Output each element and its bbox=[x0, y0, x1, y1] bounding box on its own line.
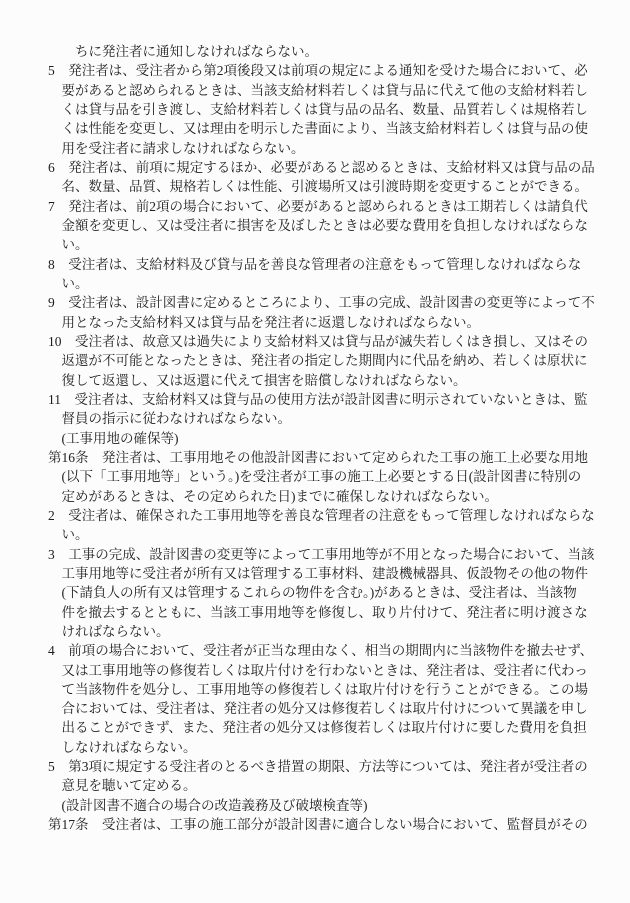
clause-number: 11 bbox=[48, 392, 75, 407]
document-line: しなければならない。 bbox=[48, 738, 589, 757]
clause-number: 7 bbox=[48, 199, 68, 214]
document-line: 7発注者は、前2項の場合において、必要があると認められるときは工期若しくは請負代 bbox=[48, 197, 589, 216]
document-line: 11受注者は、支給材料又は貸与品の使用方法が設計図書に明示されていないときは、監 bbox=[48, 390, 589, 409]
clause-text: 名、数量、品質、規格若しくは性能、引渡場所又は引渡時期を変更することができる。 bbox=[62, 179, 589, 194]
clause-text: 又は工事用地等の修復若しくは取片付けを行わないときは、発注者は、受注者に代わっ bbox=[62, 663, 588, 678]
clause-number: 4 bbox=[48, 643, 68, 658]
clause-text: 出ることができず、また、発注者の処分又は修復若しくは取片付けに要した費用を負担 bbox=[62, 720, 587, 735]
clause-text: (工事用地の確保等) bbox=[62, 431, 179, 446]
document-line: 5第3項に規定する受注者のとるべき措置の期限、方法等については、発注者が受注者の bbox=[48, 757, 589, 776]
clause-text: 用を受注者に請求しなければならない。 bbox=[62, 141, 305, 156]
clause-number: 2 bbox=[48, 508, 68, 523]
clause-text: 金額を変更し、又は受注者に損害を及ぼしたときは必要な費用を負担しなければならな bbox=[62, 218, 589, 233]
clause-text: 工事用地等に受注者が所有又は管理する工事材料、建設機械器具、仮設物その他の物件 bbox=[62, 566, 589, 581]
document-line: ちに発注者に通知しなければならない。 bbox=[48, 42, 589, 61]
clause-text: 返還が不可能となったときは、発注者の指定した期間内に代品を納め、若しくは原状に bbox=[62, 353, 588, 368]
document-line: い。 bbox=[48, 235, 589, 254]
document-line: 定めがあるときは、その定められた日)までに確保しなければならない。 bbox=[48, 487, 589, 506]
clause-number: 10 bbox=[48, 334, 75, 349]
clause-number: 6 bbox=[48, 160, 68, 175]
document-line: 第17条受注者は、工事の施工部分が設計図書に適合しない場合において、監督員がその bbox=[48, 815, 589, 834]
document-page: ちに発注者に通知しなければならない。5発注者は、受注者から第2項後段又は前項の規… bbox=[0, 0, 630, 903]
document-line: 又は工事用地等の修復若しくは取片付けを行わないときは、発注者は、受注者に代わっ bbox=[48, 661, 589, 680]
document-line: 用を受注者に請求しなければならない。 bbox=[48, 139, 589, 158]
clause-text: 第3項に規定する受注者のとるべき措置の期限、方法等については、発注者が受注者の bbox=[68, 759, 587, 774]
clause-text: 発注者は、前2項の場合において、必要があると認められるときは工期若しくは請負代 bbox=[68, 199, 587, 214]
document-line: 出ることができず、また、発注者の処分又は修復若しくは取片付けに要した費用を負担 bbox=[48, 718, 589, 737]
document-line: ければならない。 bbox=[48, 622, 589, 641]
clause-text: (下請負人の所有又は管理するこれらの物件を含む。)があるときは、受注者は、当該物 bbox=[62, 585, 577, 600]
document-line: 5発注者は、受注者から第2項後段又は前項の規定による通知を受けた場合において、必 bbox=[48, 61, 589, 80]
document-line: くは貸与品を引き渡し、支給材料若しくは貸与品の品名、数量、品質若しくは規格若し bbox=[48, 100, 589, 119]
clause-text: 督員の指示に従わなければならない。 bbox=[62, 411, 292, 426]
document-line: て当該物件を処分し、工事用地等の修復若しくは取片付けを行うことができる。この場 bbox=[48, 680, 589, 699]
clause-text: い。 bbox=[62, 237, 89, 252]
document-line: 用となった支給材料又は貸与品を発注者に返還しなければならない。 bbox=[48, 313, 589, 332]
document-line: 第16条発注者は、工事用地その他設計図書において定められた工事の施工上必要な用地 bbox=[48, 448, 589, 467]
document-line: (下請負人の所有又は管理するこれらの物件を含む。)があるときは、受注者は、当該物 bbox=[48, 583, 589, 602]
clause-text: 発注者は、工事用地その他設計図書において定められた工事の施工上必要な用地 bbox=[102, 450, 588, 465]
clause-number: 5 bbox=[48, 63, 68, 78]
clause-text: くは性能を変更し、又は理由を明示した書面により、当該支給材料若しくは貸与品の使 bbox=[62, 121, 589, 136]
clause-text: 復して返還し、又は返還に代えて損害を賠償しなければならない。 bbox=[62, 373, 467, 388]
clause-text: 受注者は、支給材料又は貸与品の使用方法が設計図書に明示されていないときは、監 bbox=[75, 392, 588, 407]
clause-number: 3 bbox=[48, 547, 68, 562]
clause-text: て当該物件を処分し、工事用地等の修復若しくは取片付けを行うことができる。この場 bbox=[62, 682, 589, 697]
clause-text: 意見を聴いて定める。 bbox=[62, 778, 197, 793]
document-line: 意見を聴いて定める。 bbox=[48, 776, 589, 795]
document-line: (以下「工事用地等」という。)を受注者が工事の施工上必要とする日(設計図書に特別… bbox=[48, 467, 589, 486]
clause-text: (設計図書不適合の場合の改造義務及び破壊検査等) bbox=[62, 798, 368, 813]
document-line: 3工事の完成、設計図書の変更等によって工事用地等が不用となった場合において、当該 bbox=[48, 545, 589, 564]
clause-text: い。 bbox=[62, 276, 89, 291]
document-line: 9受注者は、設計図書に定めるところにより、工事の完成、設計図書の変更等によって不 bbox=[48, 293, 589, 312]
clause-number: 9 bbox=[48, 295, 68, 310]
clause-number: 第17条 bbox=[48, 817, 102, 832]
document-line: い。 bbox=[48, 525, 589, 544]
document-line: 要があると認められるときは、当該支給材料若しくは貸与品に代えて他の支給材料若し bbox=[48, 81, 589, 100]
clause-text: 定めがあるときは、その定められた日)までに確保しなければならない。 bbox=[62, 489, 499, 504]
clause-number: 5 bbox=[48, 759, 68, 774]
document-line: 返還が不可能となったときは、発注者の指定した期間内に代品を納め、若しくは原状に bbox=[48, 351, 589, 370]
document-line: 件を撤去するとともに、当該工事用地等を修復し、取り片付けて、発注者に明け渡さな bbox=[48, 603, 589, 622]
document-line: (設計図書不適合の場合の改造義務及び破壊検査等) bbox=[48, 796, 589, 815]
document-line: 合においては、受注者は、発注者の処分又は修復若しくは取片付けについて異議を申し bbox=[48, 699, 589, 718]
document-line: 10受注者は、故意又は過失により支給材料又は貸与品が滅失若しくはき損し、又はその bbox=[48, 332, 589, 351]
clause-text: 前項の場合において、受注者が正当な理由なく、相当の期間内に当該物件を撤去せず、 bbox=[68, 643, 593, 658]
clause-text: しなければならない。 bbox=[62, 740, 197, 755]
document-line: (工事用地の確保等) bbox=[48, 429, 589, 448]
document-line: 4前項の場合において、受注者が正当な理由なく、相当の期間内に当該物件を撤去せず、 bbox=[48, 641, 589, 660]
clause-text: い。 bbox=[62, 527, 89, 542]
document-line: 名、数量、品質、規格若しくは性能、引渡場所又は引渡時期を変更することができる。 bbox=[48, 177, 589, 196]
clause-text: 受注者は、設計図書に定めるところにより、工事の完成、設計図書の変更等によって不 bbox=[68, 295, 595, 310]
document-line: 金額を変更し、又は受注者に損害を及ぼしたときは必要な費用を負担しなければならな bbox=[48, 216, 589, 235]
document-line: い。 bbox=[48, 274, 589, 293]
clause-text: 受注者は、確保された工事用地等を善良な管理者の注意をもって管理しなければならな bbox=[68, 508, 595, 523]
clause-text: 発注者は、前項に規定するほか、必要があると認めるときは、支給材料又は貸与品の品 bbox=[68, 160, 595, 175]
document-line: くは性能を変更し、又は理由を明示した書面により、当該支給材料若しくは貸与品の使 bbox=[48, 119, 589, 138]
clause-text: 要があると認められるときは、当該支給材料若しくは貸与品に代えて他の支給材料若し bbox=[62, 83, 589, 98]
document-line: 工事用地等に受注者が所有又は管理する工事材料、建設機械器具、仮設物その他の物件 bbox=[48, 564, 589, 583]
clause-text: 受注者は、工事の施工部分が設計図書に適合しない場合において、監督員がその bbox=[102, 817, 588, 832]
document-line: 督員の指示に従わなければならない。 bbox=[48, 409, 589, 428]
clause-text: 合においては、受注者は、発注者の処分又は修復若しくは取片付けについて異議を申し bbox=[62, 701, 588, 716]
clause-text: 発注者は、受注者から第2項後段又は前項の規定による通知を受けた場合において、必 bbox=[68, 63, 587, 78]
clause-text: 受注者は、支給材料及び貸与品を善良な管理者の注意をもって管理しなければならな bbox=[68, 257, 581, 272]
clause-text: くは貸与品を引き渡し、支給材料若しくは貸与品の品名、数量、品質若しくは規格若し bbox=[62, 102, 589, 117]
clause-text: 工事の完成、設計図書の変更等によって工事用地等が不用となった場合において、当該 bbox=[68, 547, 594, 562]
document-line: 8受注者は、支給材料及び貸与品を善良な管理者の注意をもって管理しなければならな bbox=[48, 255, 589, 274]
document-line: 2受注者は、確保された工事用地等を善良な管理者の注意をもって管理しなければならな bbox=[48, 506, 589, 525]
clause-number: 8 bbox=[48, 257, 68, 272]
clause-text: 受注者は、故意又は過失により支給材料又は貸与品が滅失若しくはき損し、又はその bbox=[75, 334, 588, 349]
clause-text: 用となった支給材料又は貸与品を発注者に返還しなければならない。 bbox=[62, 315, 481, 330]
document-body: ちに発注者に通知しなければならない。5発注者は、受注者から第2項後段又は前項の規… bbox=[48, 42, 589, 834]
clause-text: ちに発注者に通知しなければならない。 bbox=[75, 44, 318, 59]
document-line: 6発注者は、前項に規定するほか、必要があると認めるときは、支給材料又は貸与品の品 bbox=[48, 158, 589, 177]
document-line: 復して返還し、又は返還に代えて損害を賠償しなければならない。 bbox=[48, 371, 589, 390]
clause-number: 第16条 bbox=[48, 450, 102, 465]
clause-text: (以下「工事用地等」という。)を受注者が工事の施工上必要とする日(設計図書に特別… bbox=[62, 469, 582, 484]
clause-text: 件を撤去するとともに、当該工事用地等を修復し、取り片付けて、発注者に明け渡さな bbox=[62, 605, 588, 620]
clause-text: ければならない。 bbox=[62, 624, 170, 639]
